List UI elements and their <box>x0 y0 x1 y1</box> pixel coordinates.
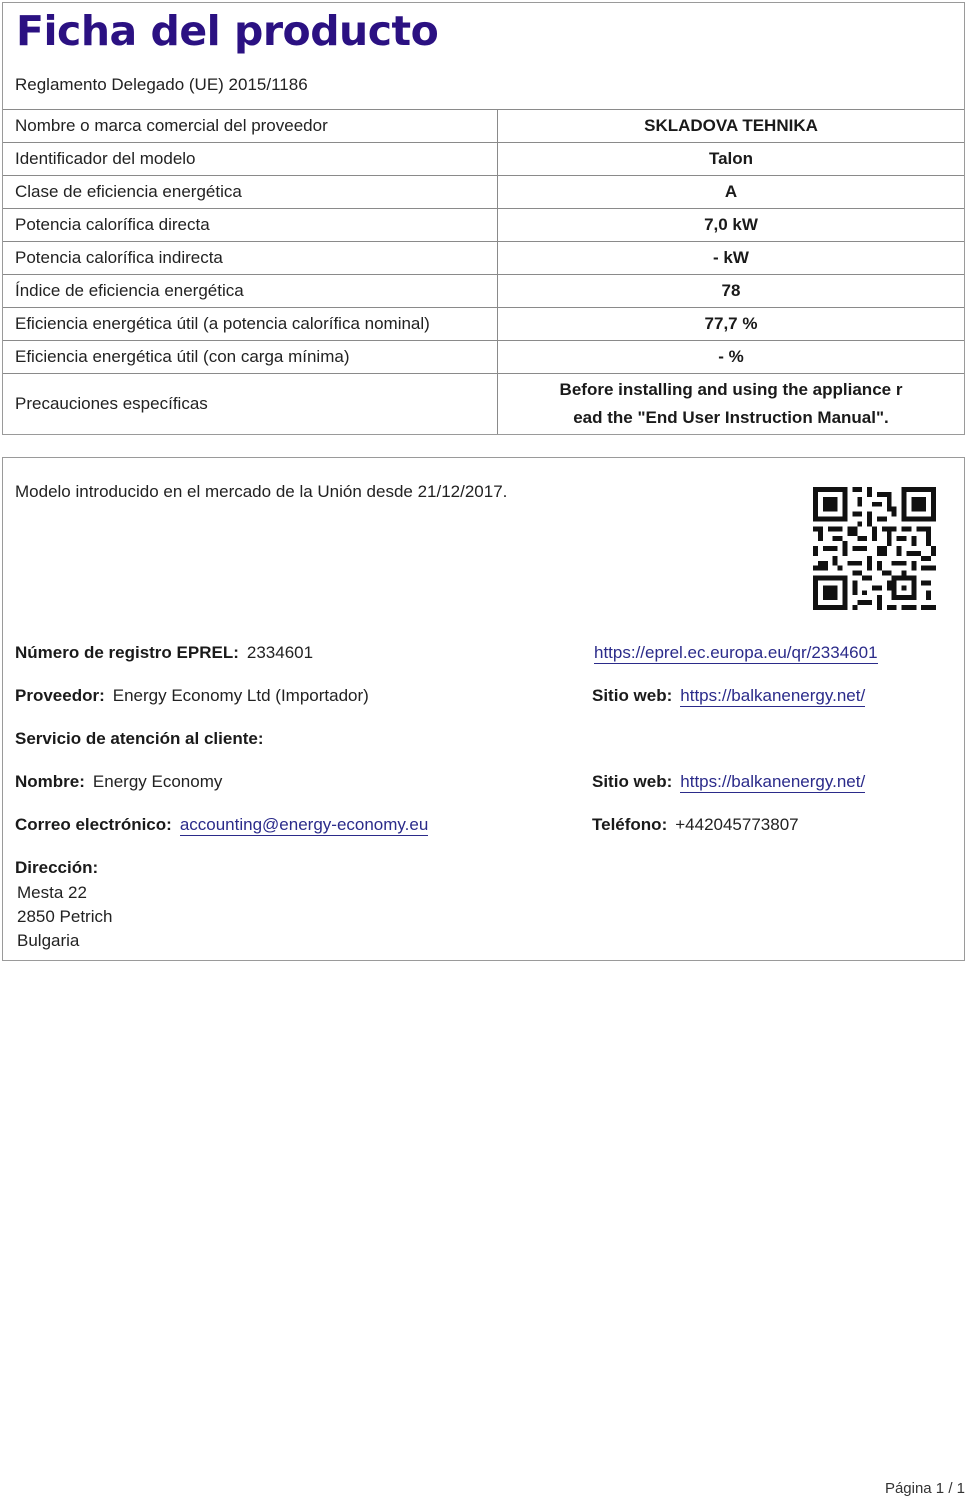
table-row: Identificador del modelo Talon <box>3 143 964 176</box>
table-row: Precauciones específicas Before installi… <box>3 374 964 435</box>
spec-label: Índice de eficiencia energética <box>3 275 498 308</box>
table-row: Clase de eficiencia energética A <box>3 176 964 209</box>
address-line: 2850 Petrich <box>17 907 112 927</box>
cs-email-label: Correo electrónico: <box>15 815 172 834</box>
spec-value: - kW <box>498 242 965 275</box>
specs-table: Nombre o marca comercial del proveedor S… <box>3 110 964 434</box>
page-number: Página 1 / 1 <box>885 1480 965 1497</box>
cs-address-heading: Dirección: <box>15 858 98 878</box>
table-row: Índice de eficiencia energética 78 <box>3 275 964 308</box>
spec-label: Clase de eficiencia energética <box>3 176 498 209</box>
cs-website-row: Sitio web:https://balkanenergy.net/ <box>592 772 865 792</box>
product-sheet-table: Ficha del producto Reglamento Delegado (… <box>2 2 965 435</box>
spec-value: 78 <box>498 275 965 308</box>
supplier-website-link[interactable]: https://balkanenergy.net/ <box>680 686 865 707</box>
qr-code-icon[interactable] <box>813 487 936 610</box>
spec-label: Potencia calorífica indirecta <box>3 242 498 275</box>
spec-value: 77,7 % <box>498 308 965 341</box>
supplier-website-row: Sitio web:https://balkanenergy.net/ <box>592 686 865 706</box>
cs-website-label: Sitio web: <box>592 772 672 791</box>
spec-value: SKLADOVA TEHNIKA <box>498 110 965 143</box>
spec-label: Eficiencia energética útil (a potencia c… <box>3 308 498 341</box>
table-row: Potencia calorífica directa 7,0 kW <box>3 209 964 242</box>
spec-value: Talon <box>498 143 965 176</box>
supplier-row: Proveedor:Energy Economy Ltd (Importador… <box>15 686 369 706</box>
spec-label: Nombre o marca comercial del proveedor <box>3 110 498 143</box>
title-block: Ficha del producto Reglamento Delegado (… <box>3 3 964 110</box>
cs-phone-row: Teléfono:+442045773807 <box>592 815 799 835</box>
cs-website-link[interactable]: https://balkanenergy.net/ <box>680 772 865 793</box>
eprel-link[interactable]: https://eprel.ec.europa.eu/qr/2334601 <box>594 643 878 664</box>
spec-value: 7,0 kW <box>498 209 965 242</box>
regulation-subtitle: Reglamento Delegado (UE) 2015/1186 <box>15 75 308 95</box>
eprel-registration: Número de registro EPREL:2334601 <box>15 643 313 663</box>
cs-name-value: Energy Economy <box>93 772 222 791</box>
page-title: Ficha del producto <box>16 7 438 55</box>
spec-value: A <box>498 176 965 209</box>
spec-label: Potencia calorífica directa <box>3 209 498 242</box>
cs-phone-label: Teléfono: <box>592 815 667 834</box>
customer-service-heading: Servicio de atención al cliente: <box>15 729 263 749</box>
market-intro-text: Modelo introducido en el mercado de la U… <box>15 482 507 502</box>
address-line: Mesta 22 <box>17 883 87 903</box>
cs-phone-value: +442045773807 <box>675 815 798 834</box>
spec-label: Identificador del modelo <box>3 143 498 176</box>
table-row: Potencia calorífica indirecta - kW <box>3 242 964 275</box>
spec-value: - % <box>498 341 965 374</box>
spec-label: Eficiencia energética útil (con carga mí… <box>3 341 498 374</box>
supplier-label: Proveedor: <box>15 686 105 705</box>
address-line: Bulgaria <box>17 931 79 951</box>
cs-email-row: Correo electrónico:accounting@energy-eco… <box>15 815 428 835</box>
supplier-value: Energy Economy Ltd (Importador) <box>113 686 369 705</box>
table-row: Nombre o marca comercial del proveedor S… <box>3 110 964 143</box>
eprel-url-row: https://eprel.ec.europa.eu/qr/2334601 <box>594 643 878 663</box>
spec-value: Before installing and using the applianc… <box>498 374 965 435</box>
spec-label: Precauciones específicas <box>3 374 498 435</box>
eprel-number: 2334601 <box>247 643 313 662</box>
supplier-info-box: Modelo introducido en el mercado de la U… <box>2 457 965 961</box>
supplier-website-label: Sitio web: <box>592 686 672 705</box>
eprel-label: Número de registro EPREL: <box>15 643 239 662</box>
precaution-line-2: ead the "End User Instruction Manual". <box>498 404 964 432</box>
table-row: Eficiencia energética útil (a potencia c… <box>3 308 964 341</box>
cs-name-label: Nombre: <box>15 772 85 791</box>
cs-name-row: Nombre:Energy Economy <box>15 772 222 792</box>
table-row: Eficiencia energética útil (con carga mí… <box>3 341 964 374</box>
cs-email-link[interactable]: accounting@energy-economy.eu <box>180 815 428 836</box>
precaution-line-1: Before installing and using the applianc… <box>498 376 964 404</box>
